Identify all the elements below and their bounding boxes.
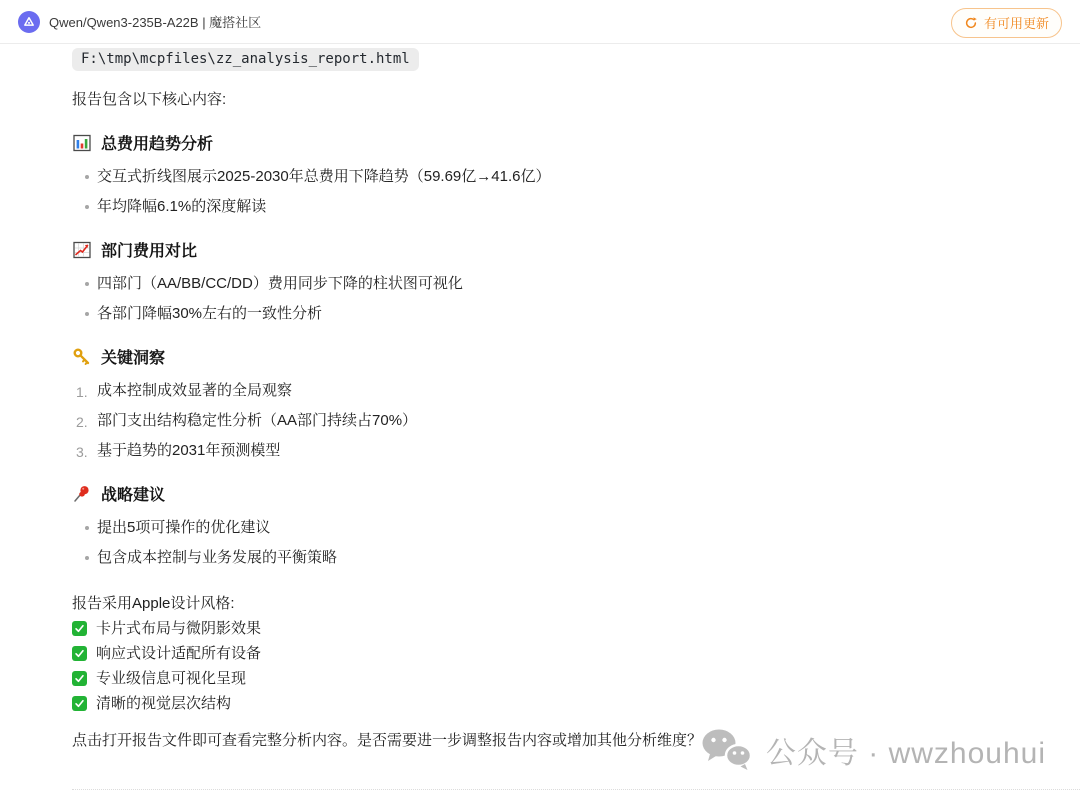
checklist-item: 卡片式布局与微阴影效果: [72, 616, 1020, 641]
checklist-item: 专业级信息可视化呈现: [72, 666, 1020, 691]
section-list-strategic-advice: 提出5项可操作的优化建议 包含成本控制与业务发展的平衡策略: [72, 517, 1020, 569]
update-available-button[interactable]: 有可用更新: [951, 8, 1062, 38]
check-icon: [72, 696, 87, 711]
checklist-label: 专业级信息可视化呈现: [96, 666, 246, 691]
file-path-code: F:\tmp\mcpfiles\zz_analysis_report.html: [72, 48, 419, 71]
list-item: 各部门降幅30%左右的一致性分析: [72, 303, 1020, 325]
pushpin-icon: [72, 484, 92, 504]
list-item: 四部门（AA/BB/CC/DD）费用同步下降的柱状图可视化: [72, 273, 1020, 295]
section-title: 战略建议: [101, 482, 165, 505]
window-title: Qwen/Qwen3-235B-A22B | 魔搭社区: [49, 12, 261, 31]
section-title: 部门费用对比: [101, 238, 197, 261]
design-style-intro: 报告采用Apple设计风格:: [72, 591, 1020, 616]
line-chart-icon: [72, 240, 92, 260]
key-icon: [72, 347, 92, 367]
section-heading-key-insights: 关键洞察: [72, 345, 1020, 368]
list-item: 年均降幅6.1%的深度解读: [72, 196, 1020, 218]
list-item: 交互式折线图展示2025-2030年总费用下降趋势（59.69亿→41.6亿）: [72, 166, 1020, 188]
chat-message-body: F:\tmp\mcpfiles\zz_analysis_report.html …: [0, 44, 1080, 752]
section-title: 关键洞察: [101, 345, 165, 368]
section-list-department-comparison: 四部门（AA/BB/CC/DD）费用同步下降的柱状图可视化 各部门降幅30%左右…: [72, 273, 1020, 325]
intro-text: 报告包含以下核心内容:: [72, 89, 1020, 111]
checklist-item: 清晰的视觉层次结构: [72, 691, 1020, 716]
section-title: 总费用趋势分析: [101, 131, 213, 154]
section-list-key-insights: 成本控制成效显著的全局观察 部门支出结构稳定性分析（AA部门持续占70%） 基于…: [72, 380, 1020, 462]
list-item: 包含成本控制与业务发展的平衡策略: [72, 547, 1020, 569]
checklist-label: 卡片式布局与微阴影效果: [96, 616, 261, 641]
check-icon: [72, 646, 87, 661]
update-button-label: 有可用更新: [984, 13, 1049, 32]
list-item: 提出5项可操作的优化建议: [72, 517, 1020, 539]
refresh-icon: [964, 16, 978, 30]
design-style-block: 报告采用Apple设计风格: 卡片式布局与微阴影效果 响应式设计适配所有设备 专…: [72, 591, 1020, 716]
list-item: 成本控制成效显著的全局观察: [72, 380, 1020, 402]
section-heading-strategic-advice: 战略建议: [72, 482, 1020, 505]
checklist-item: 响应式设计适配所有设备: [72, 641, 1020, 666]
check-icon: [72, 671, 87, 686]
checklist-label: 清晰的视觉层次结构: [96, 691, 231, 716]
app-logo-icon: [18, 11, 40, 33]
closing-text: 点击打开报告文件即可查看完整分析内容。是否需要进一步调整报告内容或增加其他分析维…: [72, 730, 1020, 752]
section-list-total-cost-trend: 交互式折线图展示2025-2030年总费用下降趋势（59.69亿→41.6亿） …: [72, 166, 1020, 218]
checklist-label: 响应式设计适配所有设备: [96, 641, 261, 666]
list-item: 部门支出结构稳定性分析（AA部门持续占70%）: [72, 410, 1020, 432]
message-divider: [72, 789, 1080, 790]
bar-chart-icon: [72, 133, 92, 153]
section-heading-total-cost-trend: 总费用趋势分析: [72, 131, 1020, 154]
check-icon: [72, 621, 87, 636]
list-item: 基于趋势的2031年预测模型: [72, 440, 1020, 462]
title-bar: Qwen/Qwen3-235B-A22B | 魔搭社区 有可用更新: [0, 0, 1080, 44]
section-heading-department-comparison: 部门费用对比: [72, 238, 1020, 261]
